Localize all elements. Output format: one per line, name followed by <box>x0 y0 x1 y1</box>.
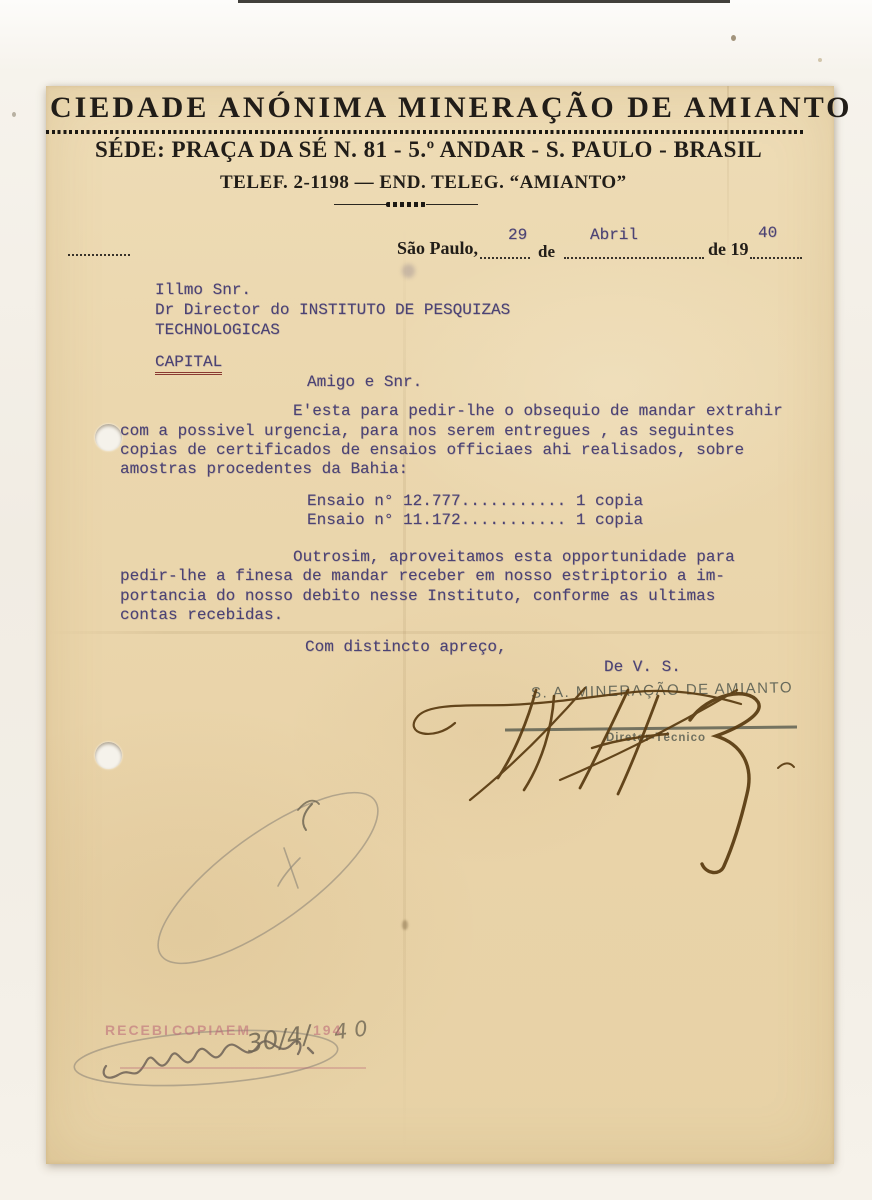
paper-speck <box>818 58 822 62</box>
received-stamp-rule <box>120 1067 366 1069</box>
scanned-letter-background: CIEDADE ANÓNIMA MINERAÇÃO DE AMIANTO SÉD… <box>0 0 872 1200</box>
pencil-date: 30/4/ <box>245 1019 316 1058</box>
pencil-mark <box>303 804 312 830</box>
received-stamp-word: COPIA <box>172 1022 226 1038</box>
received-stamp-word: RECEBI <box>105 1022 170 1038</box>
paper-speck <box>731 35 736 41</box>
letter-paper: CIEDADE ANÓNIMA MINERAÇÃO DE AMIANTO SÉD… <box>46 86 834 1164</box>
pencil-annotations: 30/4/ 40 <box>46 86 834 1164</box>
pencil-ellipse-large <box>135 765 400 991</box>
received-stamp-word: 194 <box>313 1022 342 1038</box>
received-stamp-word: EM <box>226 1022 251 1038</box>
paper-speck <box>12 112 16 117</box>
scanner-edge-artifact <box>238 0 730 3</box>
